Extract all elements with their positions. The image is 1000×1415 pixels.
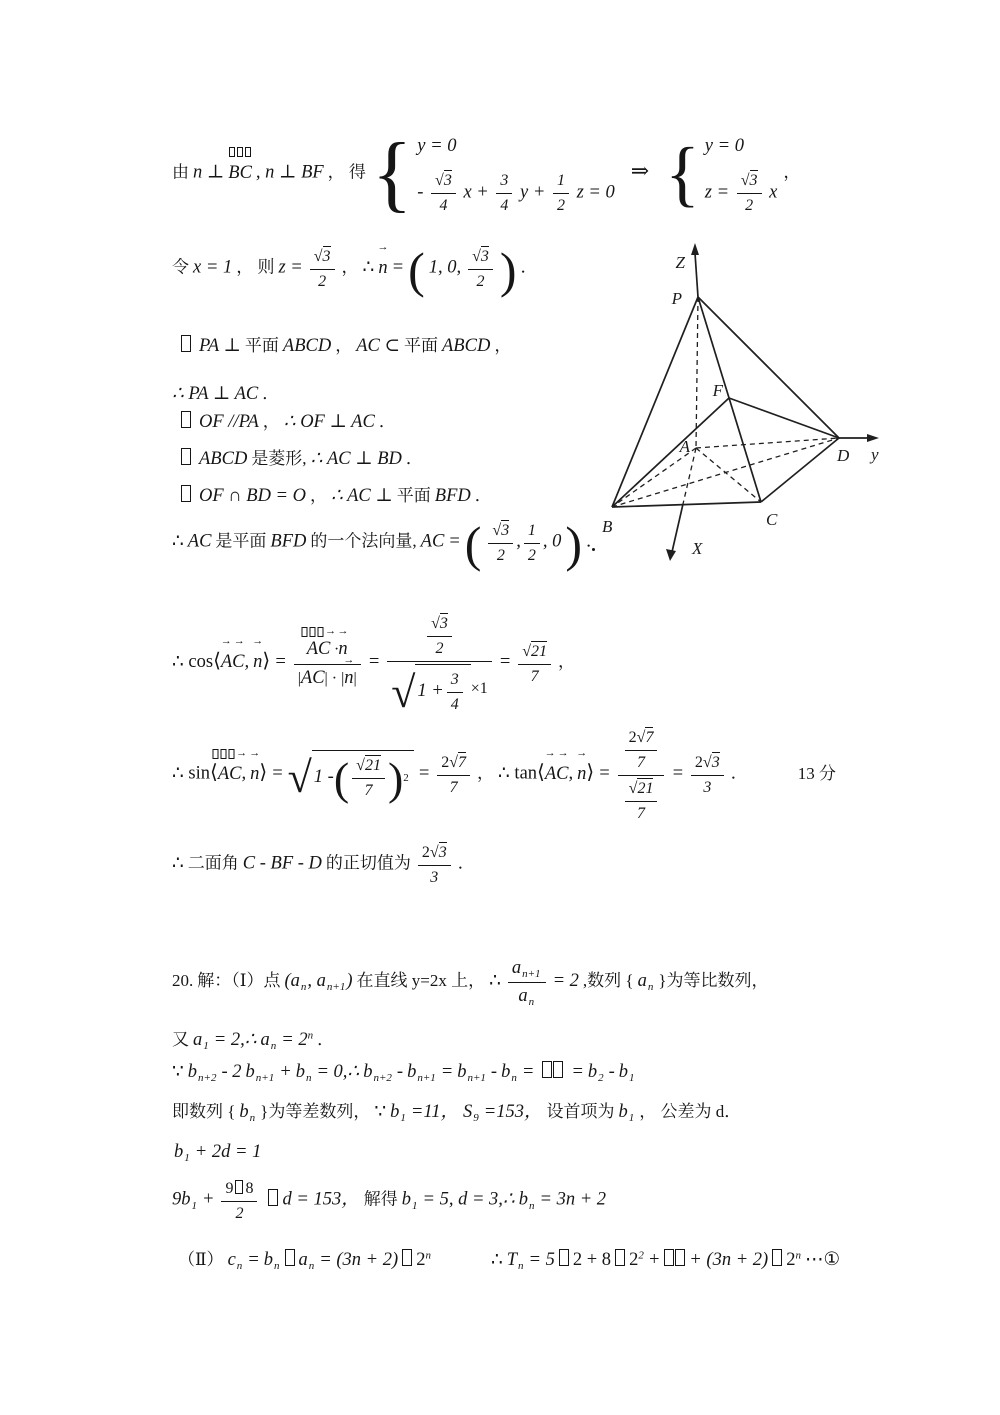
subscript: n+1: [522, 968, 540, 980]
numerator: √3: [488, 520, 513, 544]
angle-bracket: ⟩: [262, 650, 270, 672]
math-run: +: [202, 1190, 214, 1210]
math-run: x +: [463, 182, 488, 202]
denominator: 2: [468, 270, 493, 292]
missing-glyph-box: [229, 147, 235, 157]
equation-system: { y = 0 z = √32 x: [665, 132, 777, 216]
cn-run: ．: [317, 1030, 334, 1049]
math-run: b: [174, 1142, 183, 1162]
missing-glyph-box: [181, 485, 191, 502]
radical-sign: √: [703, 754, 712, 771]
cn-run: 是菱形,: [251, 449, 306, 468]
numerator: 2√7: [625, 727, 658, 751]
math-run: ): [346, 971, 352, 991]
math-run: =: [368, 652, 380, 672]
missing-glyph-box: [212, 749, 218, 759]
radicand: 3: [439, 842, 447, 861]
math-run: ∴ cos: [172, 652, 213, 672]
math-run: = 5, d = 3,∴: [422, 1190, 514, 1210]
math-run: ∵: [172, 1062, 184, 1082]
math-run: b: [188, 1062, 197, 1082]
subscript: n: [309, 1260, 315, 1272]
math-line-14: ∵ bn+2 - 2 bn+1 + bn = 0,∴ bn+2 - bn+1 =…: [172, 1058, 635, 1087]
radicand: 21: [637, 778, 653, 797]
cn-run: ．: [731, 764, 748, 783]
numerator: 2√7: [437, 752, 470, 776]
subscript: 1: [203, 1040, 209, 1052]
math-run: ×1: [471, 680, 488, 697]
radical: √7: [449, 752, 466, 771]
equation-number: ⋯①: [805, 1250, 840, 1270]
edge-PA: [696, 297, 698, 448]
math-run: n: [378, 258, 387, 278]
numerator: √3: [310, 246, 335, 270]
denominator: |AC| · |→n|: [294, 665, 361, 690]
math-run: ∴ tan: [498, 764, 537, 784]
math-run: |: [354, 670, 357, 687]
fraction: √32: [737, 170, 762, 216]
math-run: ∴ AC ⊥ BD: [311, 449, 402, 469]
subscript: 1: [629, 1072, 635, 1084]
fraction: 12: [524, 520, 540, 566]
math-run: ∴: [491, 1250, 503, 1270]
missing-glyph-box: [220, 749, 226, 759]
cn-run: ．: [458, 854, 475, 873]
label-B: B: [602, 517, 613, 536]
radicand: 3: [501, 520, 509, 539]
math-line-9: ∴ cos⟨→→AC, →n⟩ = →AC ·→n |AC| · |→n| = …: [172, 612, 575, 715]
math-run: -: [609, 1062, 615, 1082]
math-run: C - BF - D: [243, 854, 322, 874]
math-run: d = 153，: [282, 1190, 359, 1210]
vertex-labels: Z P F A B C D y X: [602, 253, 879, 558]
math-line-6: ABCD 是菱形, ∴ AC ⊥ BD ．: [177, 445, 423, 474]
math-run: a: [518, 986, 527, 1006]
math-run: =: [271, 764, 283, 784]
missing-glyph-box: [237, 147, 243, 157]
cn-run: 平面: [397, 486, 431, 505]
radical: √21: [522, 641, 547, 660]
fraction: 12: [553, 170, 569, 216]
cn-run: 解得: [364, 1190, 398, 1209]
subscript: n: [237, 1260, 243, 1272]
fraction: √32 √1 +34×1: [387, 612, 492, 715]
z-arrowhead: [691, 243, 699, 255]
vector-arrow: →: [221, 636, 232, 647]
math-run: ∴ OF ⊥ AC: [284, 412, 375, 432]
vector: →→AC: [221, 648, 245, 677]
math-run: =: [448, 532, 460, 552]
math-run: =153，: [484, 1102, 543, 1122]
cn-run: 平面: [245, 336, 279, 355]
cases-rows: y = 0 - √34 x + 34 y + 12 z = 0: [417, 132, 615, 216]
numerator: an+1: [508, 956, 546, 983]
math-run: b: [618, 1102, 627, 1122]
missing-glyph-box: [559, 1249, 569, 1266]
denominator: 4: [447, 693, 463, 715]
fraction: 34: [496, 170, 512, 216]
math-run: AC: [545, 764, 569, 784]
math-run: AC: [188, 532, 212, 552]
cn-run: ， 公差为 d．: [639, 1102, 741, 1121]
math-run: , n ⊥ BF: [256, 163, 324, 183]
math-run: =: [418, 764, 430, 784]
numerator: 1: [553, 170, 569, 194]
radical: √3: [703, 752, 720, 771]
missing-glyph-box: [402, 1249, 412, 1266]
radicand: 3: [440, 613, 448, 632]
big-paren: ): [565, 516, 582, 572]
cn-run: 是平面: [215, 532, 266, 551]
math-run: x = 1: [193, 258, 232, 278]
denominator: √217: [618, 776, 665, 824]
math-run: 2 + 8: [573, 1250, 611, 1270]
fraction: 34: [447, 669, 463, 715]
implies-arrow: ⇒: [631, 158, 649, 183]
math-run: =: [522, 1062, 534, 1082]
numerator: √3: [468, 246, 493, 270]
problem-number: 20.: [172, 971, 193, 990]
cn-run: ．: [521, 258, 538, 277]
fraction: an+1an: [508, 956, 546, 1008]
fraction: √32: [488, 520, 513, 566]
subscript: 1: [629, 1112, 635, 1124]
math-run: 9b: [172, 1190, 191, 1210]
edge-BF: [612, 398, 729, 507]
cn-run: 由: [172, 163, 189, 182]
math-run: -: [417, 182, 423, 202]
math-run: = 5: [529, 1250, 555, 1270]
math-run: , 0: [543, 532, 562, 552]
solid-edges: [612, 253, 868, 552]
label-F: F: [712, 381, 724, 400]
math-run: ,: [516, 532, 521, 552]
edge-AD: [696, 438, 839, 448]
radical-sign: √: [430, 844, 439, 861]
math-run: ,: [568, 764, 573, 784]
math-run: ,: [241, 764, 246, 784]
denominator: 2: [310, 270, 335, 292]
math-run: ∴: [172, 854, 184, 874]
angle-bracket: ⟩: [259, 762, 267, 784]
z-axis: [695, 253, 698, 297]
math-run: T: [507, 1250, 517, 1270]
cn-run: ．: [262, 384, 279, 403]
math-line-3: PA ⊥ 平面 ABCD ， AC ⊂ 平面 ABCD ，: [177, 332, 511, 361]
edge-AC: [696, 448, 761, 502]
denominator: 2: [427, 637, 452, 659]
math-run: n: [250, 764, 259, 784]
label-Z: Z: [676, 253, 686, 272]
numerator: √21: [352, 755, 385, 779]
radical: √3: [314, 246, 331, 265]
cn-run: ．: [475, 486, 492, 505]
cn-run: 的正切值为: [326, 854, 411, 873]
cn-run: ，: [477, 764, 494, 783]
math-line-15: 即数列 { bn }为等差数列， ∵ b1 =11， S9 =153， 设首项为…: [172, 1098, 741, 1127]
math-run: +: [648, 1250, 660, 1270]
subscript: 1: [192, 1200, 198, 1212]
cn-run: ，: [335, 336, 352, 355]
math-run: 2: [695, 754, 703, 771]
math-run: AC ⊂: [356, 336, 400, 356]
math-run: c: [228, 1250, 236, 1270]
math-line-10: ∴ sin⟨→AC, →n⟩ = √1 -(√217)2 = 2√77 ， ∴ …: [172, 726, 836, 824]
vector-arrow: →: [252, 636, 263, 647]
math-run: b: [619, 1062, 628, 1082]
cn-run: （Ⅱ）: [178, 1250, 224, 1269]
math-run: a: [638, 971, 647, 991]
math-run: AC: [421, 532, 445, 552]
radical-sign: √: [314, 248, 323, 265]
math-run: ∴ PA ⊥ AC: [172, 384, 258, 404]
math-line-17: 9b1 + 982 d = 153， 解得 b1 = 5, d = 3,∴ bn…: [172, 1178, 606, 1224]
math-run: z =: [705, 182, 729, 202]
numerator: 2√3: [418, 842, 451, 866]
numerator: 98: [221, 1178, 257, 1202]
math-run: = (3n + 2): [319, 1250, 398, 1270]
math-run: OF ∩ BD = O: [199, 486, 306, 506]
denominator: 7: [625, 751, 658, 773]
math-run: =: [441, 1062, 453, 1082]
subscript: 2: [598, 1072, 604, 1084]
cn-run: 即数列 {: [172, 1102, 235, 1121]
superscript: 2: [638, 1250, 644, 1262]
math-run: =: [392, 258, 404, 278]
denominator: 4: [431, 194, 456, 216]
cases-rows: y = 0 z = √32 x: [705, 132, 778, 216]
math-run: 1 -: [314, 763, 334, 792]
math-run: +: [279, 1062, 291, 1082]
denominator: 3: [418, 866, 451, 888]
denominator: √1 +34×1: [387, 662, 492, 715]
radical: √3: [431, 613, 448, 632]
score-label: 13 分: [798, 764, 836, 783]
numerator: 1: [524, 520, 540, 544]
math-run: 1, 0,: [429, 258, 461, 278]
vector: BC: [228, 159, 252, 188]
missing-glyph-marks: [229, 147, 251, 157]
angle-bracket: ⟨: [213, 650, 221, 672]
edge-CD: [761, 438, 839, 502]
radical: √21: [356, 755, 381, 774]
denominator: 2: [553, 194, 569, 216]
cn-run: ，: [310, 486, 327, 505]
math-run: b: [588, 1062, 597, 1082]
big-radical: √1 +34: [391, 664, 471, 715]
math-run: 8: [245, 1180, 253, 1197]
math-run: =: [671, 764, 683, 784]
denominator: 2: [524, 544, 540, 566]
radical: √3: [741, 170, 758, 189]
numerator: 3: [496, 170, 512, 194]
cn-run: 又: [172, 1030, 189, 1049]
missing-glyph-box: [181, 335, 191, 352]
math-run: b: [264, 1250, 273, 1270]
missing-glyph-box: [181, 411, 191, 428]
math-line-11: ∴ 二面角 C - BF - D 的正切值为 2√33 ．: [172, 842, 475, 888]
math-run: (a: [284, 971, 299, 991]
label-A: A: [679, 437, 691, 456]
math-run: AC: [218, 764, 242, 784]
denominator: 4: [496, 194, 512, 216]
denominator: 7: [437, 776, 470, 798]
math-run: a: [261, 1030, 270, 1050]
cn-run: 解：（Ⅰ）点: [197, 971, 280, 990]
label-D: D: [836, 446, 850, 465]
math-run: + (3n + 2): [689, 1250, 768, 1270]
math-run: + 2d = 1: [195, 1142, 262, 1162]
math-run: 2: [629, 1250, 638, 1270]
math-run: b: [501, 1062, 510, 1082]
radical: √3: [435, 170, 452, 189]
fraction: 2√77: [625, 727, 658, 773]
cn-run: ，: [263, 412, 280, 431]
math-line-13: 又 a1 = 2,∴ an = 2n ．: [172, 1026, 334, 1055]
vector-arrow: →: [234, 636, 245, 647]
page: 由 n ⊥ BC , n ⊥ BF ， 得 { y = 0 - √34 x + …: [0, 0, 1000, 1415]
cn-run: ．: [379, 412, 396, 431]
radical: √3: [472, 246, 489, 265]
math-line-18: （Ⅱ） cn = bnan = (3n + 2)2n ∴ Tn = 52 + 8…: [178, 1246, 840, 1275]
cn-run: ，: [558, 652, 575, 671]
math-run: n ⊥: [193, 163, 224, 183]
math-run: ABCD: [283, 336, 331, 356]
math-run: a: [512, 958, 521, 978]
math-run: b: [239, 1102, 248, 1122]
math-run: BFD: [435, 486, 471, 506]
math-run: =11，: [411, 1102, 459, 1122]
vector: →n: [378, 254, 387, 283]
math-run: n: [253, 652, 262, 672]
denominator: 2: [488, 544, 513, 566]
big-paren: (: [408, 242, 425, 298]
edge-BD: [612, 438, 839, 507]
fraction: 2√77 √217: [618, 726, 665, 824]
label-y-axis: y: [869, 445, 879, 464]
subscript: 9: [473, 1112, 479, 1124]
math-run: - 2: [221, 1062, 241, 1082]
radicand: 21: [531, 641, 547, 660]
radicand: 21: [365, 755, 381, 774]
math-run: =: [274, 652, 286, 672]
math-run: AC: [307, 639, 331, 659]
math-run: ,: [245, 652, 250, 672]
math-run: AC: [301, 668, 325, 688]
fraction: √32: [427, 613, 452, 659]
fraction: √217: [625, 778, 658, 824]
fraction: √32: [468, 246, 493, 292]
vector: →n: [250, 760, 259, 789]
math-run: x: [769, 182, 777, 202]
math-run: b: [296, 1062, 305, 1082]
math-run: a: [299, 1250, 308, 1270]
math-line-2: 令 x = 1 ， 则 z = √32 ， ∴ →n = ( 1, 0, √32…: [172, 246, 538, 292]
superscript: n: [795, 1250, 801, 1262]
cn-run: }为等比数列，: [658, 971, 768, 990]
radical-sign: √: [741, 172, 750, 189]
subscript: n+1: [417, 1072, 435, 1084]
cn-run: 平面: [404, 336, 438, 355]
vector: →AC: [307, 638, 331, 661]
math-run: z =: [278, 258, 302, 278]
x-arrowhead: [666, 549, 676, 561]
cn-run: }为等差数列，: [260, 1102, 370, 1121]
numerator: √21: [518, 641, 551, 665]
fraction: 2√77: [437, 752, 470, 798]
big-paren: ): [500, 242, 517, 298]
missing-glyph-marks: →: [301, 626, 336, 637]
vector-arrow: →: [343, 655, 354, 666]
subscript: n: [511, 1072, 517, 1084]
math-run: a: [193, 1030, 202, 1050]
radical-sign: √: [472, 248, 481, 265]
cn-run: ,数列 {: [583, 971, 634, 990]
math-run: b: [519, 1190, 528, 1210]
radical-sign: √: [356, 757, 365, 774]
math-run: b: [390, 1102, 399, 1122]
vector: →n: [344, 667, 353, 690]
math-run: n: [577, 764, 586, 784]
cn-run: 设首项为: [546, 1102, 614, 1121]
cn-run: ，: [783, 163, 800, 182]
math-run: b: [457, 1062, 466, 1082]
subscript: n: [271, 1040, 277, 1052]
figure-3d-pyramid: Z P F A B C D y X: [588, 240, 888, 570]
math-run: = 0,∴: [316, 1062, 359, 1082]
cn-run: 令: [172, 258, 189, 277]
math-run: b: [407, 1062, 416, 1082]
label-X-axis: X: [691, 539, 703, 558]
subscript: n: [306, 1072, 312, 1084]
subscript: n+1: [467, 1072, 485, 1084]
numerator: 2√77: [618, 726, 665, 776]
numerator: √3: [427, 613, 452, 637]
vector: →→AC: [545, 760, 569, 789]
missing-glyph-box: [317, 627, 323, 637]
math-run: ∴ AC ⊥: [331, 486, 393, 506]
math-run: b: [402, 1190, 411, 1210]
denominator: 7: [352, 779, 385, 801]
cases-brace: {: [372, 140, 412, 209]
cases-brace: {: [665, 144, 700, 203]
subscript: n: [518, 1260, 524, 1272]
math-run: z = 0: [577, 182, 615, 202]
edge-FD: [729, 398, 839, 438]
math-line-16: b1 + 2d = 1: [174, 1138, 261, 1167]
cn-run: ，: [342, 258, 359, 277]
case-row: - √34 x + 34 y + 12 z = 0: [417, 170, 615, 216]
math-run: =: [571, 1062, 583, 1082]
fraction: 2√33: [691, 752, 724, 798]
subscript: n: [301, 981, 307, 993]
subscript: n: [250, 1112, 256, 1124]
vector-arrow: →: [377, 242, 388, 253]
math-line-12: 20. 解：（Ⅰ）点 (an, an+1) 在直线 y=2x 上， ∴ an+1…: [172, 956, 769, 1008]
vector-arrow: →: [338, 626, 349, 637]
fraction: →AC ·→n |AC| · |→n|: [294, 637, 361, 689]
missing-glyph-box: [235, 1180, 243, 1194]
denominator: an: [508, 983, 546, 1008]
math-run: S: [463, 1102, 472, 1122]
fraction: 982: [221, 1178, 257, 1224]
radical: √7: [637, 727, 654, 746]
numerator: √3: [737, 170, 762, 194]
math-run: 2: [422, 844, 430, 861]
missing-glyph-box: [268, 1189, 278, 1206]
missing-glyph-box: [664, 1249, 674, 1266]
fraction: 2√33: [418, 842, 451, 888]
